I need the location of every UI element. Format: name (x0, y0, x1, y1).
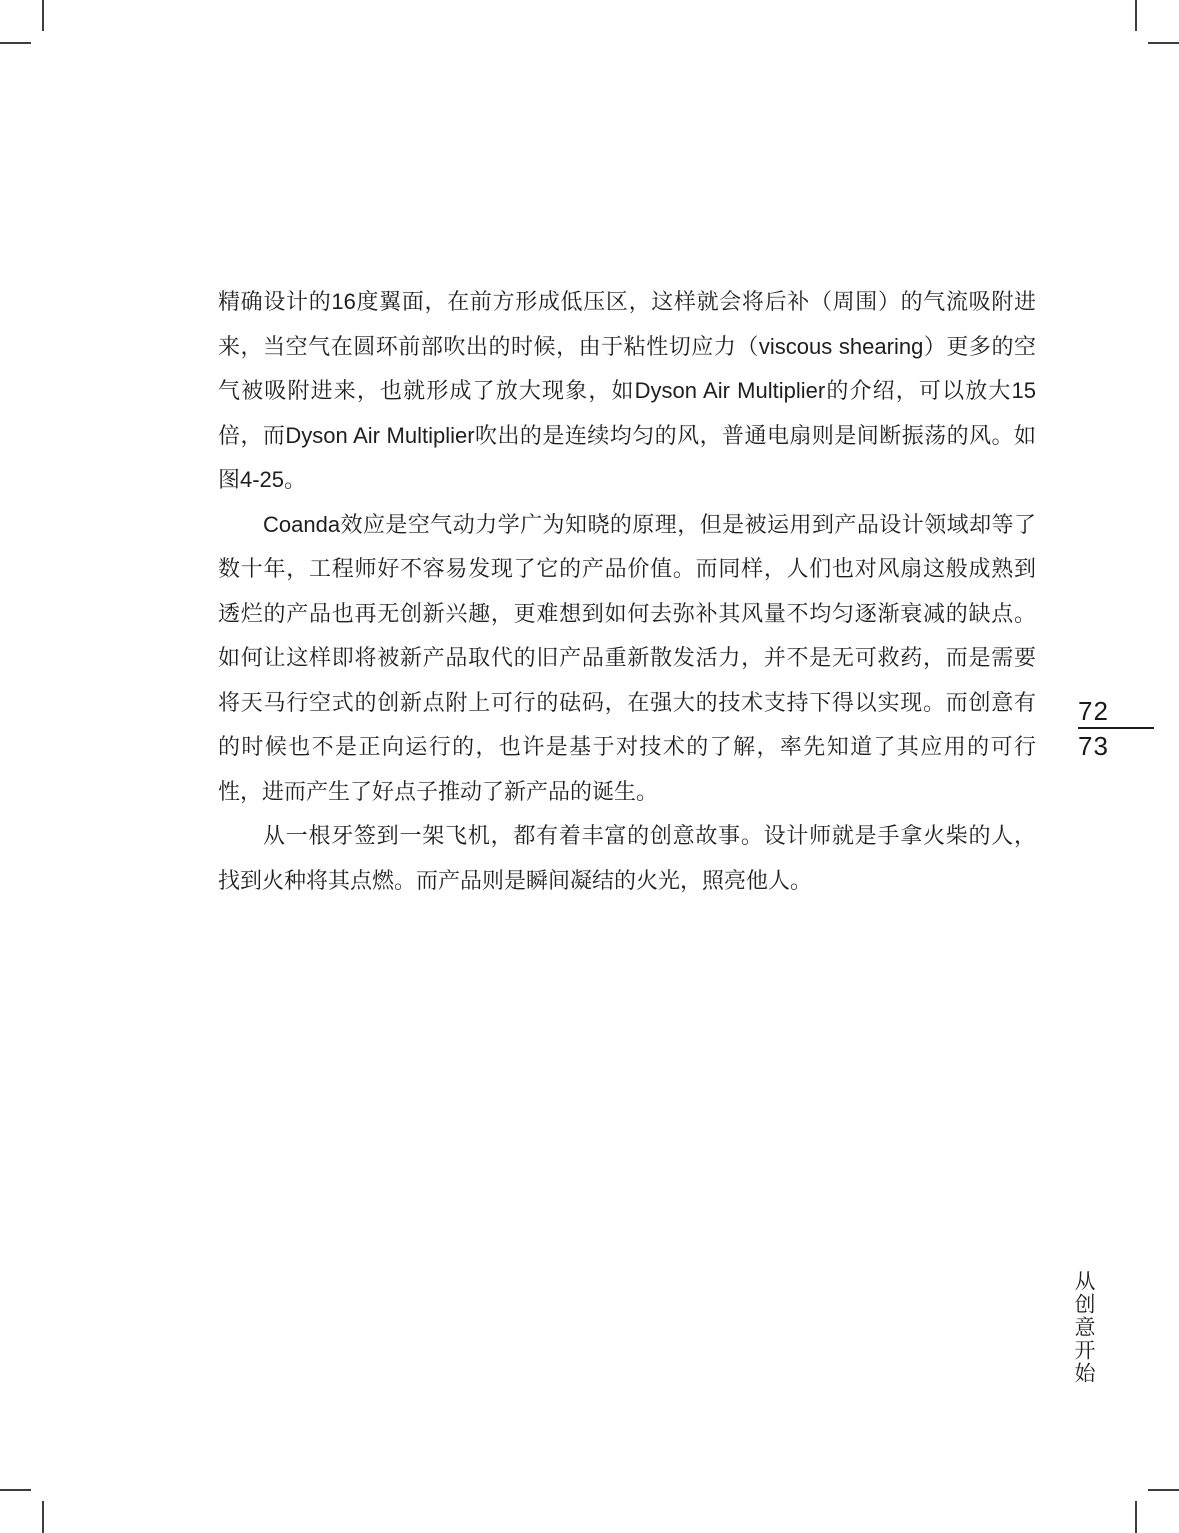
crop-mark-top-left-horizontal (0, 42, 31, 44)
text-line: 从一根牙签到一架飞机，都有着丰富的创意故事。设计师就是手拿火柴的人， (218, 814, 1036, 859)
page-number-current: 72 (1078, 696, 1154, 726)
text-line: 将天马行空式的创新点附上可行的砝码，在强大的技术支持下得以实现。而创意有 (218, 681, 1036, 726)
body-text: 精确设计的16度翼面，在前方形成低压区，这样就会将后补（周围）的气流吸附进 来，… (218, 280, 1036, 903)
crop-mark-top-left-vertical (42, 0, 44, 31)
text-line: 数十年，工程师好不容易发现了它的产品价值。而同样，人们也对风扇这般成熟到 (218, 547, 1036, 592)
paragraph-2: Coanda效应是空气动力学广为知晓的原理，但是被运用到产品设计领域却等了 数十… (218, 503, 1036, 815)
crop-mark-top-right-horizontal (1148, 42, 1179, 44)
text-line: 性，进而产生了好点子推动了新产品的诞生。 (218, 770, 1036, 815)
text-line: 找到火种将其点燃。而产品则是瞬间凝结的火光，照亮他人。 (218, 859, 1036, 904)
text-line: Coanda效应是空气动力学广为知晓的原理，但是被运用到产品设计领域却等了 (218, 503, 1036, 548)
text-line: 透烂的产品也再无创新兴趣，更难想到如何去弥补其风量不均匀逐渐衰减的缺点。 (218, 592, 1036, 637)
text-line: 如何让这样即将被新产品取代的旧产品重新散发活力，并不是无可救药，而是需要 (218, 636, 1036, 681)
crop-mark-bottom-left-vertical (42, 1501, 44, 1533)
crop-mark-bottom-left-horizontal (0, 1489, 31, 1491)
spine-title: 从创意开始 (1068, 1270, 1098, 1400)
crop-mark-bottom-right-vertical (1135, 1501, 1137, 1533)
text-line: 精确设计的16度翼面，在前方形成低压区，这样就会将后补（周围）的气流吸附进 (218, 280, 1036, 325)
text-line: 气被吸附进来，也就形成了放大现象，如Dyson Air Multiplier的介… (218, 369, 1036, 414)
page-number-marker: 72 73 (1078, 696, 1154, 761)
text-line: 来，当空气在圆环前部吹出的时候，由于粘性切应力（viscous shearing… (218, 325, 1036, 370)
book-page: 精确设计的16度翼面，在前方形成低压区，这样就会将后补（周围）的气流吸附进 来，… (0, 0, 1179, 1533)
text-line: 图4-25。 (218, 458, 1036, 503)
text-line: 倍，而Dyson Air Multiplier吹出的是连续均匀的风，普通电扇则是… (218, 414, 1036, 459)
paragraph-3: 从一根牙签到一架飞机，都有着丰富的创意故事。设计师就是手拿火柴的人， 找到火种将… (218, 814, 1036, 903)
paragraph-1: 精确设计的16度翼面，在前方形成低压区，这样就会将后补（周围）的气流吸附进 来，… (218, 280, 1036, 503)
page-number-divider (1078, 727, 1154, 729)
text-line: 的时候也不是正向运行的，也许是基于对技术的了解，率先知道了其应用的可行 (218, 725, 1036, 770)
crop-mark-top-right-vertical (1135, 0, 1137, 31)
page-number-facing: 73 (1078, 731, 1154, 761)
crop-mark-bottom-right-horizontal (1148, 1489, 1179, 1491)
